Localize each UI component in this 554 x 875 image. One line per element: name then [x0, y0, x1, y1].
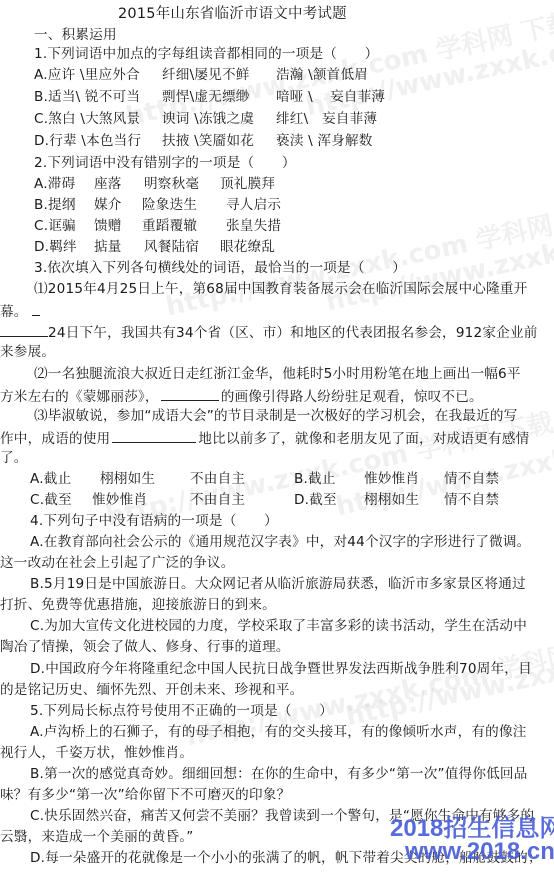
q3-stem: 3.依次填入下列各句横线处的词语，最恰当的一项是（ ）: [34, 260, 406, 277]
page-title: 2015年山东省临沂市语文中考试题: [118, 6, 347, 23]
watermark-brand-url: www.2018.cn: [405, 838, 554, 866]
q1-option-b: B.适当\ 锐不可当剽悍\虚无缥缈喑哑 \妄自菲薄: [34, 89, 385, 106]
q5-option-a-cont: 视行人，千姿万状，惟妙惟肖。: [0, 745, 193, 762]
q3-option-a-b: A.截止栩栩如生不由自主B.截止惟妙惟肖情不自禁: [30, 471, 499, 488]
q3-sentence-1-cont: 幕。: [0, 302, 40, 321]
q2-option-a: A.滞碍座落明察秋毫顶礼膜拜: [34, 176, 275, 193]
q3-sentence-2: ⑵一名独腿流浪大叔近日走红浙江金华，他耗时5小时用粉笔在地上画出一幅6平: [34, 366, 521, 383]
q4-option-b-cont: 打折、免费等优惠措施，迎接旅游日的到来。: [0, 597, 276, 614]
q2-stem: 2.下列词语中没有错别字的一项是（ ）: [34, 155, 296, 172]
q3-sentence-1: ⑴2015年4月25日上午，第68届中国教育装备展示会在临沂国际会展中心隆重开: [34, 281, 527, 298]
q3-sentence-3-cont: 了。: [0, 450, 28, 467]
q5-stem: 5.下列局长标点符号使用不正确的一项是（ ）: [30, 703, 333, 720]
q5-option-b-cont: 味？有多少“第一次”给你留下不可磨灭的印象？: [0, 787, 290, 804]
q4-option-d: D.中国政府今年将隆重纪念中国人民抗日战争暨世界发法西斯战争胜利70周年，目: [30, 661, 532, 678]
q1-option-a: A.应许 \里应外合纤细\屡见不鲜浩瀚 \颔首低眉: [34, 67, 368, 84]
q4-option-a-cont: 这一改动在社会上引起了广泛的争议。: [0, 555, 235, 572]
q3-sentence-3-cont: 作中，成语的使用地比以前多了，就像和老朋友见了面，对成语更有感情: [0, 429, 529, 448]
q2-option-b: B.提纲媒介险象迭生寻人启示: [34, 197, 281, 214]
section-heading: 一、积累运用: [34, 27, 117, 44]
q3-sentence-3: ⑶毕淑敏说，参加“成语大会”的节目录制是一次极好的学习机会，在我最近的写: [34, 408, 517, 425]
q1-stem: 1.下列词语中加点的字每组读音都相同的一项是（ ）: [34, 46, 378, 63]
q3-sentence-1-cont: 24日下午，我国共有34个省（区、市）和地区的代表团报名参会，912家企业前: [0, 323, 538, 342]
q4-option-b: B.5月19日是中国旅游日。大众网记者从临沂旅游局获悉，临沂市多家景区将通过: [30, 576, 526, 593]
q4-option-d-cont: 的是铭记历史、缅怀先烈、开创未来、珍视和平。: [0, 682, 303, 699]
q3-option-c-d: C.截至惟妙惟肖不由自主D.截至栩栩如生情不自禁: [30, 492, 499, 509]
q4-option-a: A.在教育部向社会公示的《通用规范汉字表》中，对44个汉字的字形进行了微调。: [30, 534, 530, 551]
q5-option-a: A.卢沟桥上的石狮子，有的母子相抱，有的交头接耳，有的像倾听水声，有的像注: [30, 724, 527, 741]
q4-stem: 4.下列句子中没有语病的一项是（ ）: [30, 513, 278, 530]
q2-option-c: C.诓骗馈赠重蹈覆辙张皇失措: [34, 218, 281, 235]
q4-option-c: C.为加大宣传文化进校园的力度，学校采取了丰富多彩的读书活动，学生在活动中: [30, 618, 527, 635]
q1-option-d: D.行辈 \本色当行扶掖 \笑靥如花亵渎 \ 浑身解数: [34, 133, 373, 150]
q1-option-c: C.煞白 \大煞风景谀词 \冻饿之虞绯红\妄自菲薄: [34, 111, 377, 128]
q3-sentence-2-cont: 方米左右的《蒙娜丽莎》，的画像引得路人纷纷驻足观看，惊叹不已。: [0, 387, 483, 406]
q5-option-c-cont: 云翳，来造成一个美丽的黄昏。”: [0, 829, 194, 846]
q2-option-d: D.羁绊掂量风餐陆宿眼花缭乱: [34, 239, 275, 256]
watermark-faint: http://www.zxxk.com 学科网 下载品资源!: [102, 384, 554, 534]
q5-option-b: B.第一次的感觉真奇妙。细细回想：在你的生命中，有多少“第一次”值得你低回品: [30, 766, 528, 783]
watermark-faint: http://www.zxxk.com 学科网 下载品资源!: [342, 584, 554, 734]
q4-option-c-cont: 陶冶了情操，领会了做人、修身、行事的道理。: [0, 639, 290, 656]
exam-page: http://www.zxxk.com 学科网 下载品资源! http://ww…: [0, 0, 554, 875]
q3-sentence-1-cont: 来参展。: [0, 344, 55, 361]
